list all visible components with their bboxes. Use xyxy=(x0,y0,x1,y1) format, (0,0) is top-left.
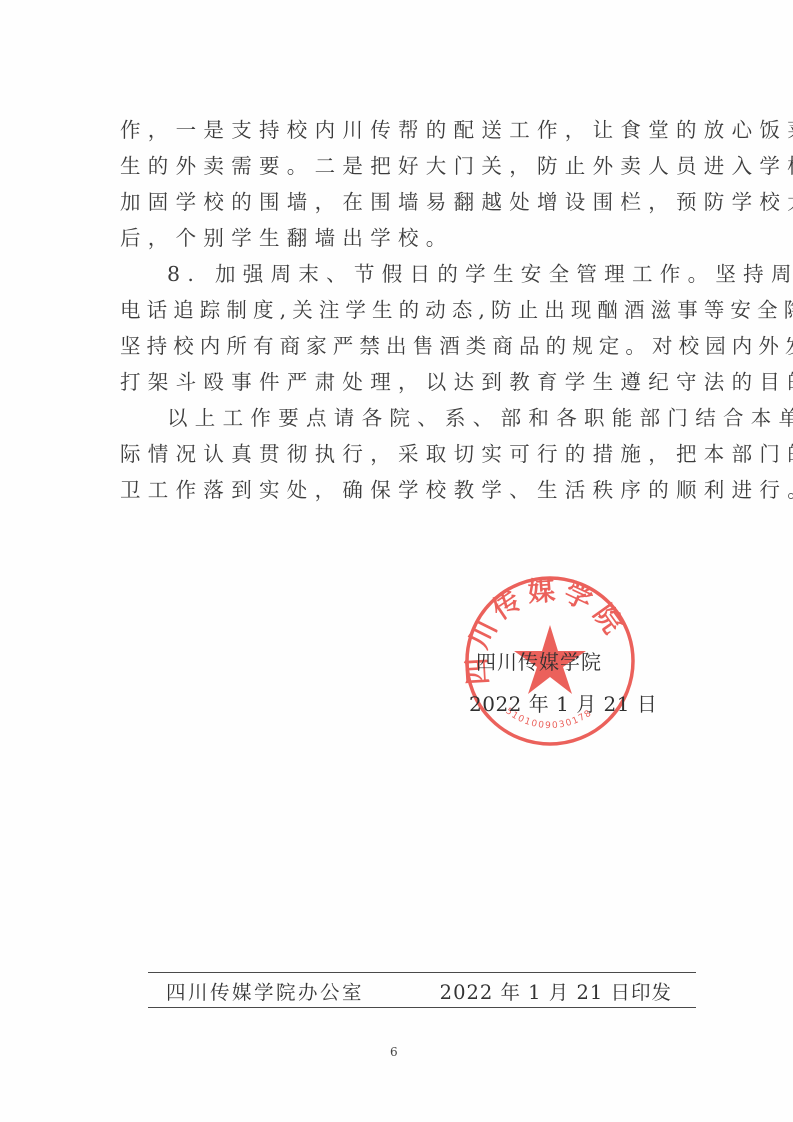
page-number: 6 xyxy=(390,1045,398,1059)
document-body: 作，一是支持校内川传帮的配送工作，让食堂的放心饭菜满足学 生的外卖需要。二是把好… xyxy=(120,112,686,508)
body-line: 电话追踪制度,关注学生的动态,防止出现酗酒滋事等安全隐患; xyxy=(120,292,686,328)
body-line-item-8: 8. 加强周末、节假日的学生安全管理工作。坚持周五晚上 xyxy=(120,256,686,292)
body-line: 后，个别学生翻墙出学校。 xyxy=(120,220,686,256)
body-line: 生的外卖需要。二是把好大门关，防止外卖人员进入学校。三是 xyxy=(120,148,686,184)
footer-issue-date: 2022 年 1 月 21 日印发 xyxy=(440,977,672,1005)
body-line: 际情况认真贯彻执行，采取切实可行的措施，把本部门的安全保 xyxy=(120,436,686,472)
issuance-footer: 四川传媒学院办公室 2022 年 1 月 21 日印发 xyxy=(148,972,696,1008)
signature-date: 2022 年 1 月 21 日 xyxy=(469,688,657,717)
document-page: 作，一是支持校内川传帮的配送工作，让食堂的放心饭菜满足学 生的外卖需要。二是把好… xyxy=(0,0,793,1122)
body-line: 作，一是支持校内川传帮的配送工作，让食堂的放心饭菜满足学 xyxy=(120,112,686,148)
body-line-closing: 以上工作要点请各院、系、部和各职能部门结合本单位的实 xyxy=(120,400,686,436)
body-line: 加固学校的围墙，在围墙易翻越处增设围栏，预防学校大门关闭 xyxy=(120,184,686,220)
footer-issuer: 四川传媒学院办公室 xyxy=(166,977,364,1005)
body-line: 坚持校内所有商家严禁出售酒类商品的规定。对校园内外发生的 xyxy=(120,328,686,364)
body-line: 卫工作落到实处，确保学校教学、生活秩序的顺利进行。 xyxy=(120,472,686,508)
signature-organization: 四川传媒学院 xyxy=(476,646,602,675)
body-line: 打架斗殴事件严肃处理，以达到教育学生遵纪守法的目的。 xyxy=(120,364,686,400)
